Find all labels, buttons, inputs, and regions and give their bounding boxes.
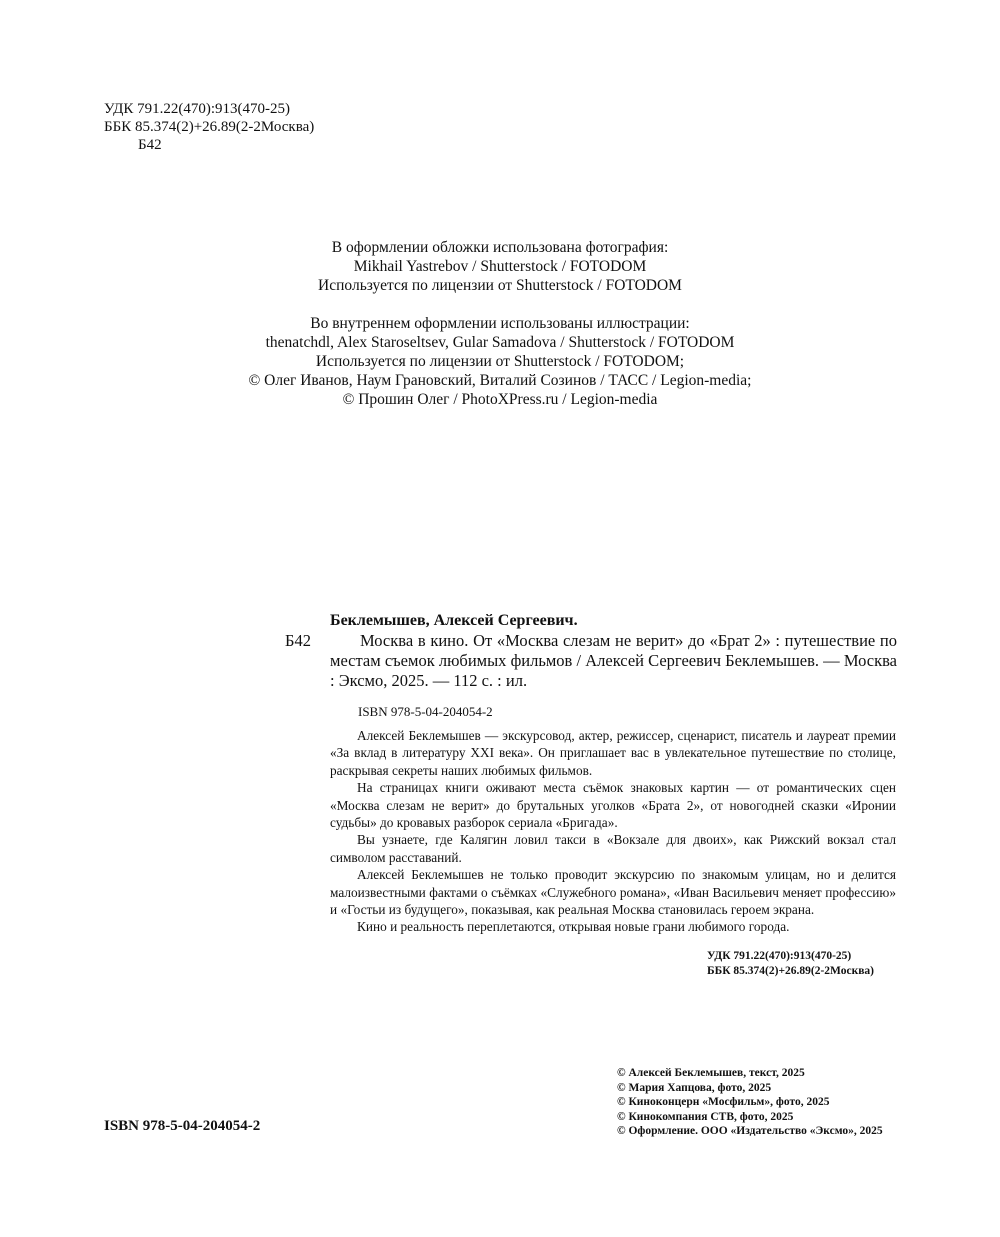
cover-credit-line: В оформлении обложки использована фотогр… <box>0 238 1000 257</box>
annotation-paragraph: Алексей Беклемышев — экскурсовод, актер,… <box>330 727 896 779</box>
annotation: Алексей Беклемышев — экскурсовод, актер,… <box>330 727 896 936</box>
copyright-line: © Кинокомпания СТВ, фото, 2025 <box>617 1110 883 1125</box>
isbn-footer: ISBN 978-5-04-204054-2 <box>104 1118 260 1135</box>
annotation-paragraph: Вы узнаете, где Калягин ловил такси в «В… <box>330 831 896 866</box>
cover-credit-line: Используется по лицензии от Shutterstock… <box>0 276 1000 295</box>
interior-credit-line: © Прошин Олег / PhotoXPress.ru / Legion-… <box>0 390 1000 409</box>
bibliographic-entry: Б42 Москва в кино. От «Москва слезам не … <box>285 631 897 691</box>
classification-codes-bottom: УДК 791.22(470):913(470-25) ББК 85.374(2… <box>707 949 874 979</box>
cover-credits: В оформлении обложки использована фотогр… <box>0 238 1000 295</box>
copyright-notices: © Алексей Беклемышев, текст, 2025 © Мари… <box>617 1066 883 1139</box>
udk-code: УДК 791.22(470):913(470-25) <box>707 949 874 964</box>
author-heading: Беклемышев, Алексей Сергеевич. <box>285 611 897 631</box>
isbn-inline: ISBN 978-5-04-204054-2 <box>285 704 897 720</box>
annotation-paragraph: На страницах книги оживают места съёмок … <box>330 779 896 831</box>
annotation-paragraph: Алексей Беклемышев не только проводит эк… <box>330 866 896 918</box>
bibliographic-record: Беклемышев, Алексей Сергеевич. Б42 Москв… <box>285 611 897 720</box>
bibliographic-description: Москва в кино. От «Москва слезам не вери… <box>330 631 897 691</box>
interior-credit-line: thenatchdl, Alex Staroseltsev, Gular Sam… <box>0 333 1000 352</box>
copyright-line: © Алексей Беклемышев, текст, 2025 <box>617 1066 883 1081</box>
bbk-code: ББК 85.374(2)+26.89(2-2Москва) <box>707 964 874 979</box>
interior-credit-line: Используется по лицензии от Shutterstock… <box>0 352 1000 371</box>
annotation-paragraph: Кино и реальность переплетаются, открыва… <box>330 918 896 935</box>
copyright-line: © Киноконцерн «Мосфильм», фото, 2025 <box>617 1095 883 1110</box>
copyright-line: © Оформление. ООО «Издательство «Эксмо»,… <box>617 1124 883 1139</box>
interior-credits: Во внутреннем оформлении использованы ил… <box>0 314 1000 409</box>
copyright-line: © Мария Хапцова, фото, 2025 <box>617 1081 883 1096</box>
entry-author-mark: Б42 <box>285 631 311 651</box>
classification-codes-top: УДК 791.22(470):913(470-25) ББК 85.374(2… <box>104 100 314 154</box>
bbk-code: ББК 85.374(2)+26.89(2-2Москва) <box>104 118 314 136</box>
interior-credit-line: Во внутреннем оформлении использованы ил… <box>0 314 1000 333</box>
udk-code: УДК 791.22(470):913(470-25) <box>104 100 314 118</box>
cover-credit-line: Mikhail Yastrebov / Shutterstock / FOTOD… <box>0 257 1000 276</box>
author-mark: Б42 <box>104 136 314 154</box>
interior-credit-line: © Олег Иванов, Наум Грановский, Виталий … <box>0 371 1000 390</box>
